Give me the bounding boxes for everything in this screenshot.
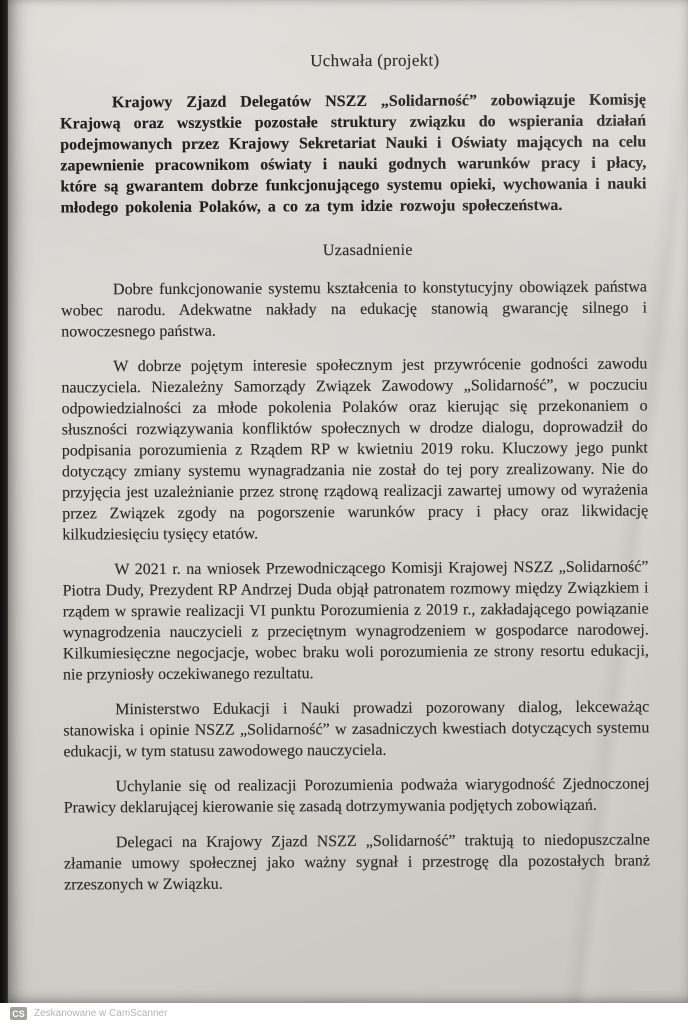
paragraph: Dobre funkcjonowanie systemu kształcenia… (61, 276, 647, 342)
paper-sheet: Uchwała (projekt) Krajowy Zjazd Delegató… (8, 0, 688, 1003)
document-title: Uchwała (projekt) (82, 48, 668, 72)
section-heading-uzasadnienie: Uzasadnienie (75, 238, 661, 262)
paragraph: Delegaci na Krajowy Zjazd NSZZ „Solidarn… (64, 829, 650, 895)
document-body: Uchwała (projekt) Krajowy Zjazd Delegató… (60, 48, 650, 909)
paragraph: W 2021 r. na wniosek Przewodniczącego Ko… (62, 556, 649, 685)
camscanner-watermark-label: Zeskanowane w CamScanner (34, 1008, 167, 1019)
resolution-intro-paragraph: Krajowy Zjazd Delegatów NSZZ „Solidarnoś… (60, 89, 647, 218)
paragraph: W dobrze pojętym interesie społecznym je… (61, 353, 648, 545)
paragraph: Ministerstwo Edukacji i Nauki prowadzi p… (63, 696, 649, 762)
camscanner-logo-icon: CS (10, 1007, 27, 1020)
paragraph: Uchylanie się od realizacji Porozumienia… (64, 773, 650, 818)
scanned-page-photo: Uchwała (projekt) Krajowy Zjazd Delegató… (0, 0, 688, 1024)
scan-left-edge (0, 0, 8, 1003)
camscanner-footer: CS Zeskanowane w CamScanner (0, 1003, 688, 1024)
